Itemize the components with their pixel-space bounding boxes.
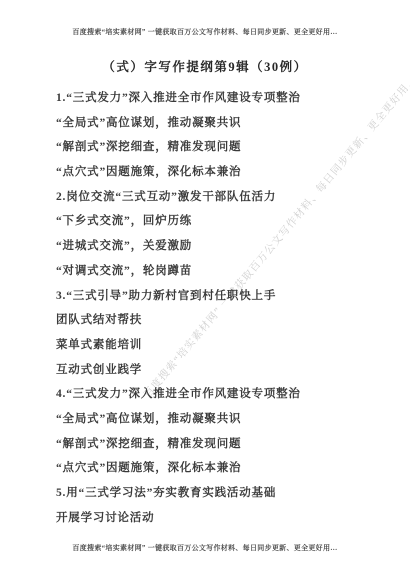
- outline-line: 菜单式素能培训: [56, 333, 390, 358]
- outline-line: “全局式”高位谋划，推动凝聚共识: [56, 407, 390, 432]
- outline-line: 3.“三式引导”助力新村官到村任职快上手: [56, 284, 390, 309]
- footer-promo-text: 百度搜索“培实素材网” 一键获取百万公文写作材料、每日同步更新、更全更好用…: [0, 543, 410, 553]
- outline-line: “进城式交流”，关爱激励: [56, 234, 390, 259]
- outline-line: 4.“三式发力”深入推进全市作风建设专项整治: [56, 382, 390, 407]
- outline-line: “解剖式”深挖细查，精准发现问题: [56, 135, 390, 160]
- document-page: 百度搜索“培实素材网” 一键获取百万公文写作材料、每日同步更新、更全更好用… 百…: [0, 0, 410, 580]
- header-promo-text: 百度搜索“培实素材网” 一键获取百万公文写作材料、每日同步更新、更全更好用…: [0, 27, 410, 37]
- outline-line: “下乡式交流”，回炉历练: [56, 209, 390, 234]
- document-title: （式）字写作提纲第9辑（30例）: [0, 57, 410, 75]
- outline-line: “解剖式”深挖细查，精准发现问题: [56, 432, 390, 457]
- outline-line: 5.用“三式学习法”夯实教育实践活动基础: [56, 481, 390, 506]
- outline-line: “全局式”高位谋划，推动凝聚共识: [56, 111, 390, 136]
- outline-line: 开展学习讨论活动: [56, 506, 390, 531]
- document-body: 1.“三式发力”深入推进全市作风建设专项整治 “全局式”高位谋划，推动凝聚共识 …: [56, 86, 390, 530]
- outline-line: 团队式结对帮扶: [56, 308, 390, 333]
- outline-line: “点穴式”因题施策，深化标本兼治: [56, 160, 390, 185]
- outline-line: 互动式创业践学: [56, 358, 390, 383]
- outline-line: “对调式交流”，轮岗蹲苗: [56, 259, 390, 284]
- outline-line: “点穴式”因题施策，深化标本兼治: [56, 456, 390, 481]
- outline-line: 2.岗位交流“三式互动”激发干部队伍活力: [56, 185, 390, 210]
- outline-line: 1.“三式发力”深入推进全市作风建设专项整治: [56, 86, 390, 111]
